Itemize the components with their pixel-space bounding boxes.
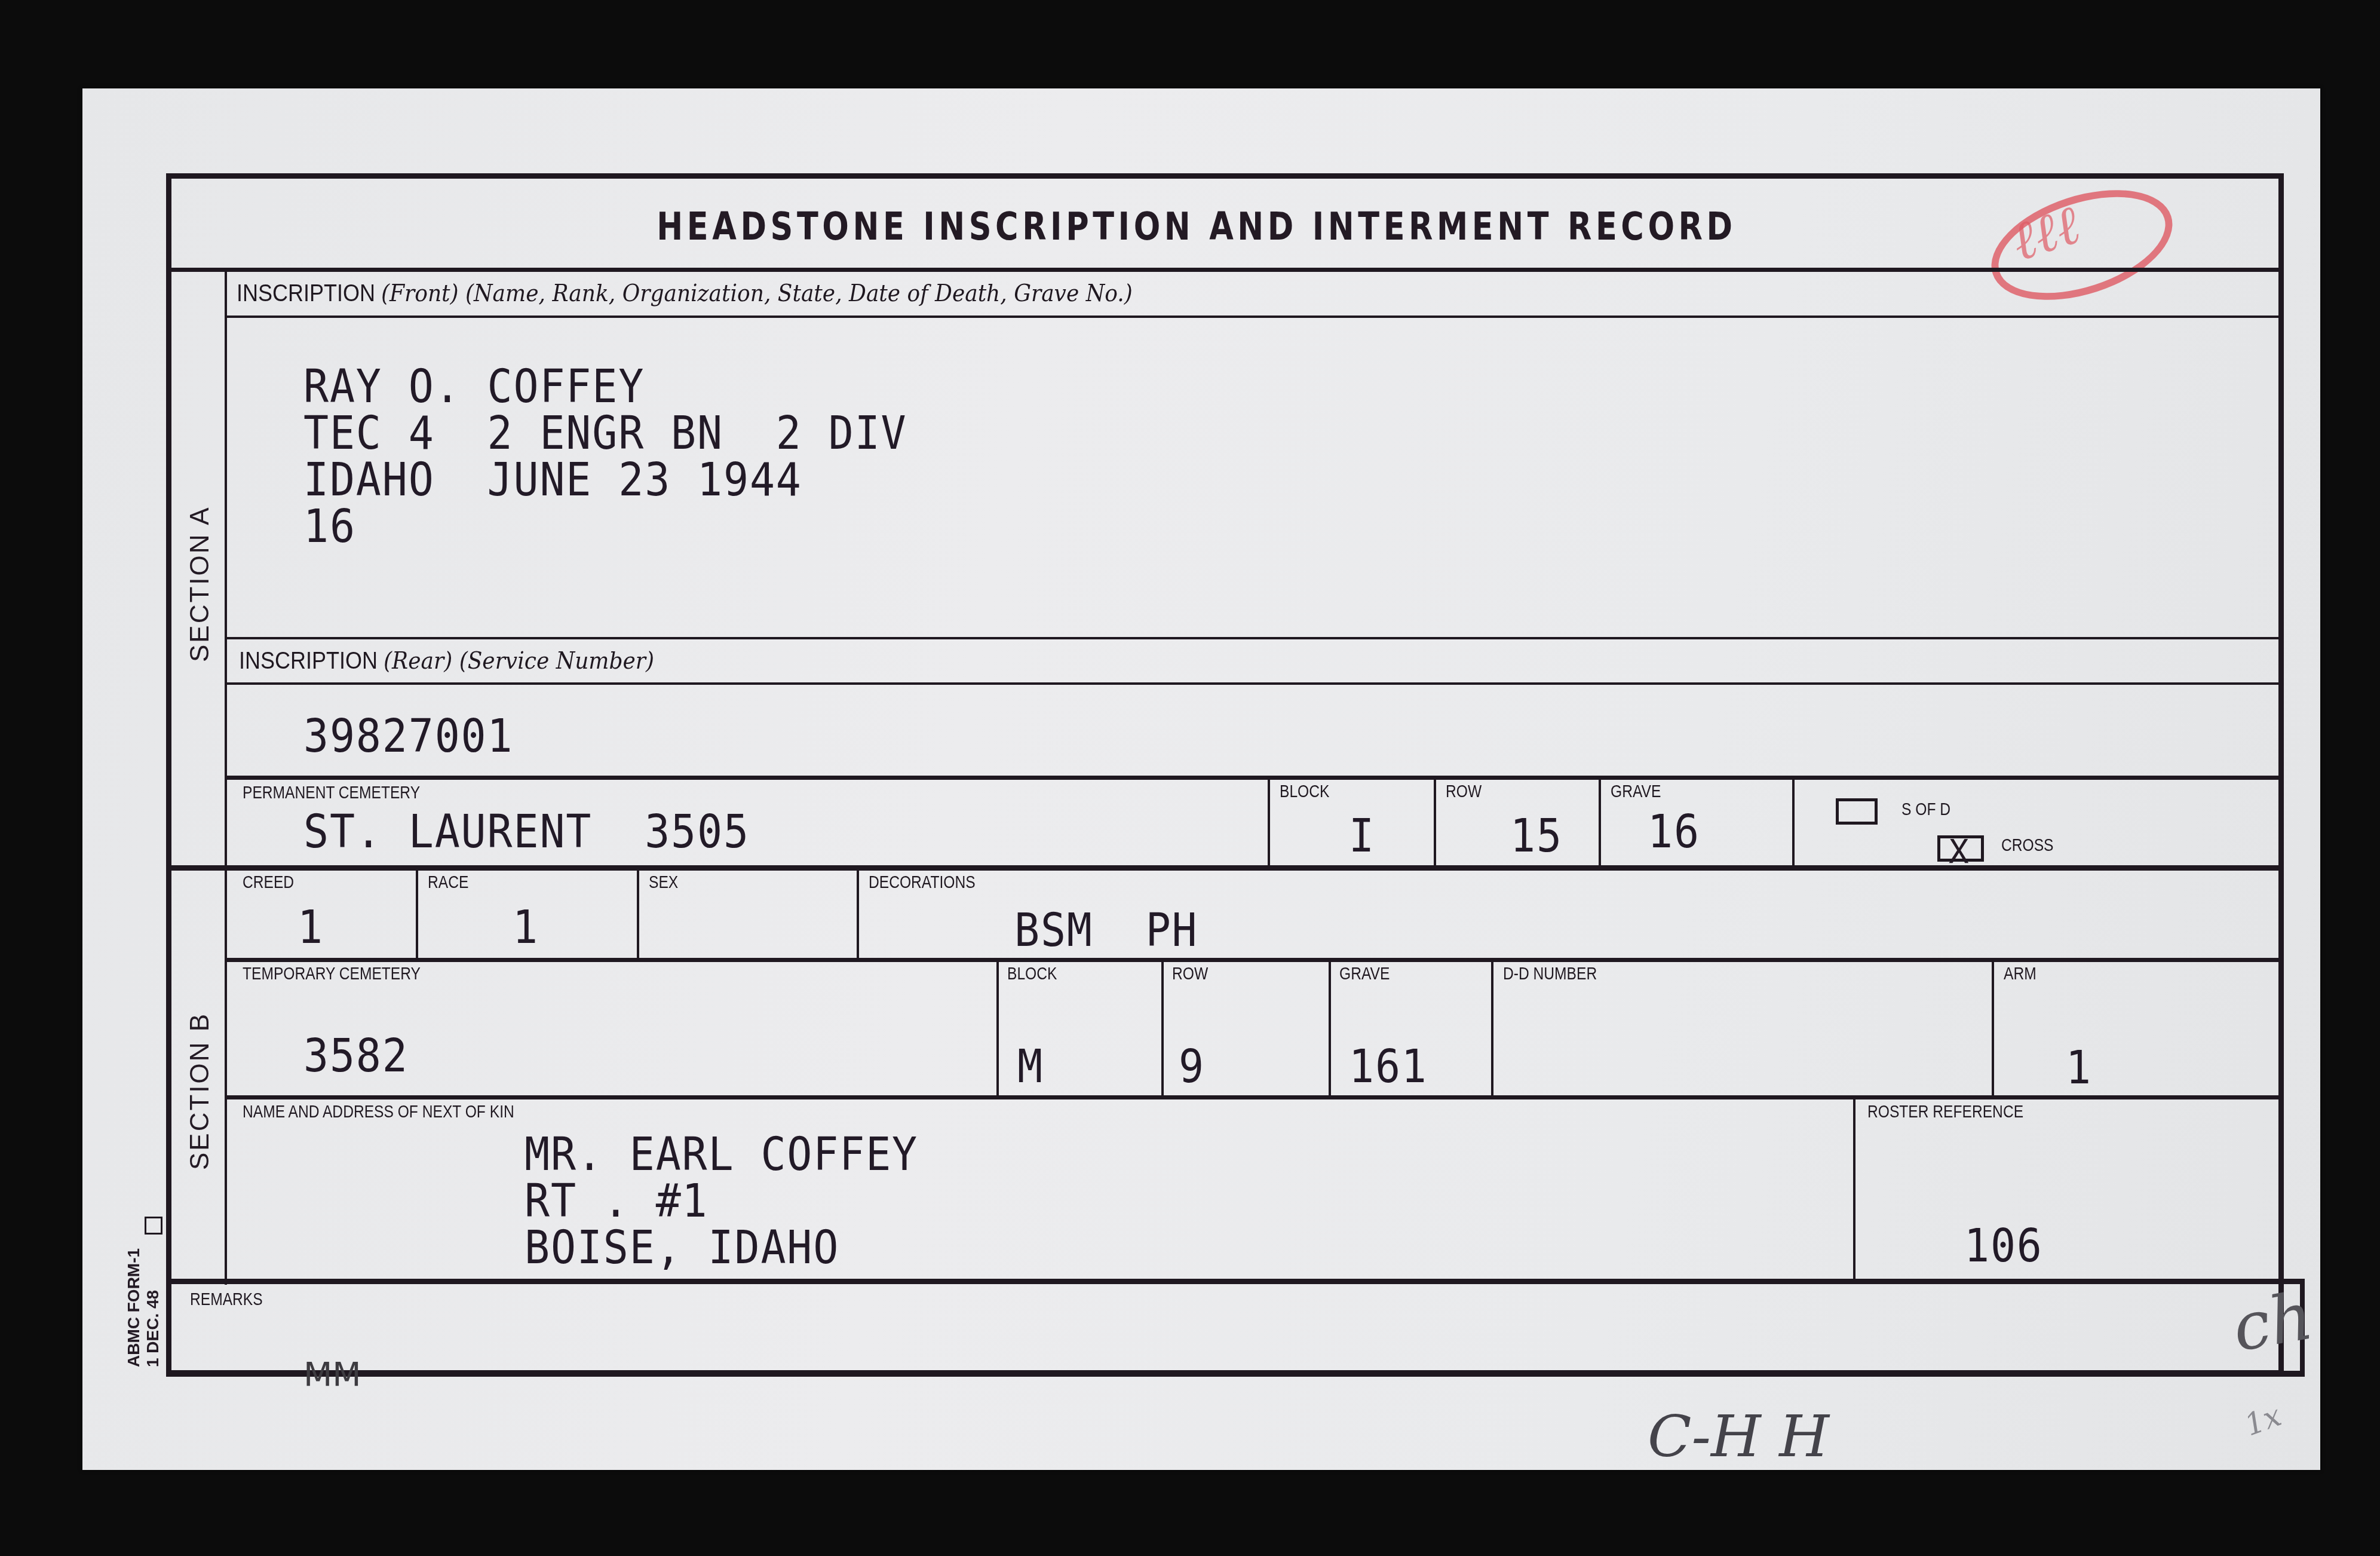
creed-value: 1 <box>297 904 324 951</box>
service-number: 39827001 <box>303 713 513 759</box>
permanent-cemetery-label: PERMANENT CEMETERY <box>243 783 420 803</box>
temp-arm-divider <box>1992 958 1994 1095</box>
perm-row-divider <box>1434 776 1436 865</box>
roster-reference-label: ROSTER REFERENCE <box>1867 1102 2023 1122</box>
roster-reference-value: 106 <box>1964 1223 2043 1269</box>
remarks-label: REMARKS <box>190 1289 263 1310</box>
roster-divider <box>1853 1095 1855 1279</box>
creed-label: CREED <box>243 872 294 893</box>
temp-dd-divider <box>1491 958 1493 1095</box>
sex-label: SEX <box>649 872 678 893</box>
handwritten-bottom-note: C-H H <box>1648 1403 1829 1470</box>
remarks-bottom-border <box>166 1371 2305 1377</box>
decorations-label: DECORATIONS <box>869 872 976 893</box>
temporary-grave-value: 161 <box>1349 1043 1428 1090</box>
next-of-kin-line-1: MR. EARL COFFEY <box>525 1131 918 1178</box>
inscription-front-line-1: RAY O. COFFEY <box>303 363 645 410</box>
form-id-line-2: 1 DEC. 48 <box>143 1248 162 1367</box>
perm-grave-divider <box>1599 776 1601 865</box>
temporary-block-label: BLOCK <box>1007 964 1057 984</box>
temporary-grave-label: GRAVE <box>1339 964 1390 984</box>
race-sex-divider <box>637 865 639 958</box>
handwritten-corner-note: 1x <box>2240 1398 2286 1442</box>
temp-row-bottom-divider <box>225 1095 2284 1099</box>
remarks-top-divider <box>166 1279 2302 1284</box>
s-of-d-label: S OF D <box>1901 800 1950 820</box>
creed-row-divider <box>225 958 2284 962</box>
cross-label: CROSS <box>2001 835 2053 856</box>
arm-value: 1 <box>2066 1045 2092 1091</box>
dd-number-label: D-D NUMBER <box>1503 964 1597 984</box>
inscription-front-label-plain: INSCRIPTION <box>237 280 375 307</box>
inscription-front-label-italic: (Front) (Name, Rank, Organization, State… <box>381 280 1133 307</box>
permanent-block-label: BLOCK <box>1280 782 1329 802</box>
next-of-kin-label: NAME AND ADDRESS OF NEXT OF KIN <box>243 1102 514 1122</box>
inscription-rear-label-plain: INSCRIPTION <box>239 648 378 674</box>
temporary-cemetery-value: 3582 <box>303 1033 409 1079</box>
temporary-block-value: M <box>1017 1043 1044 1090</box>
temp-grave-divider <box>1329 958 1331 1095</box>
perm-block-divider <box>1268 776 1270 865</box>
record-card: ℓℓℓ HEADSTONE INSCRIPTION AND INTERMENT … <box>82 88 2320 1470</box>
front-body-divider <box>225 637 2284 639</box>
permanent-grave-label: GRAVE <box>1611 782 1661 802</box>
inscription-rear-label-italic: (Rear) (Service Number) <box>384 647 654 675</box>
form-title: HEADSTONE INSCRIPTION AND INTERMENT RECO… <box>357 205 2037 249</box>
inscription-front-line-2: TEC 4 2 ENGR BN 2 DIV <box>303 410 907 457</box>
inscription-front-line-3: IDAHO JUNE 23 1944 <box>303 457 802 503</box>
handwritten-side-note: ch <box>2227 1277 2318 1366</box>
temporary-row-value: 9 <box>1179 1043 1205 1090</box>
creed-race-divider <box>416 865 418 958</box>
permanent-cemetery-value: ST. LAURENT 3505 <box>303 808 750 855</box>
inscription-rear-label: INSCRIPTION (Rear) (Service Number) <box>239 647 654 675</box>
temp-row-divider <box>1161 958 1164 1095</box>
temporary-cemetery-label: TEMPORARY CEMETERY <box>243 964 421 984</box>
next-of-kin-line-3: BOISE, IDAHO <box>525 1224 839 1271</box>
handwritten-initials: MM <box>303 1355 361 1394</box>
next-of-kin-line-2: RT . #1 <box>525 1178 709 1224</box>
form-id-checkbox[interactable] <box>145 1217 162 1235</box>
section-a-label: SECTION A <box>185 506 215 662</box>
title-divider <box>166 268 2284 272</box>
permanent-grave-value: 16 <box>1648 808 1700 855</box>
form-id: ABMC FORM-1 1 DEC. 48 <box>124 1248 162 1367</box>
decorations-value: BSM PH <box>1014 907 1198 954</box>
cross-checkbox[interactable]: X <box>1937 835 1984 862</box>
rear-label-divider <box>225 682 2284 685</box>
section-b-label: SECTION B <box>185 1012 215 1170</box>
permanent-block-value: I <box>1349 813 1375 859</box>
inscription-front-label: INSCRIPTION (Front) (Name, Rank, Organiz… <box>237 280 1133 307</box>
temp-block-divider <box>996 958 999 1095</box>
perm-marker-divider <box>1792 776 1795 865</box>
sex-decorations-divider <box>857 865 859 958</box>
race-value: 1 <box>513 904 539 951</box>
temporary-row-label: ROW <box>1172 964 1208 984</box>
permanent-row-label: ROW <box>1446 782 1482 802</box>
form-frame <box>166 173 2284 1376</box>
s-of-d-checkbox[interactable] <box>1836 798 1878 825</box>
form-id-line-1: ABMC FORM-1 <box>124 1248 143 1367</box>
arm-label: ARM <box>2004 964 2037 984</box>
rear-body-divider <box>225 776 2284 780</box>
race-label: RACE <box>428 872 468 893</box>
front-label-divider <box>225 316 2284 318</box>
inscription-front-line-4: 16 <box>303 503 356 550</box>
section-a-b-divider <box>166 865 2284 871</box>
permanent-row-value: 15 <box>1510 813 1563 859</box>
